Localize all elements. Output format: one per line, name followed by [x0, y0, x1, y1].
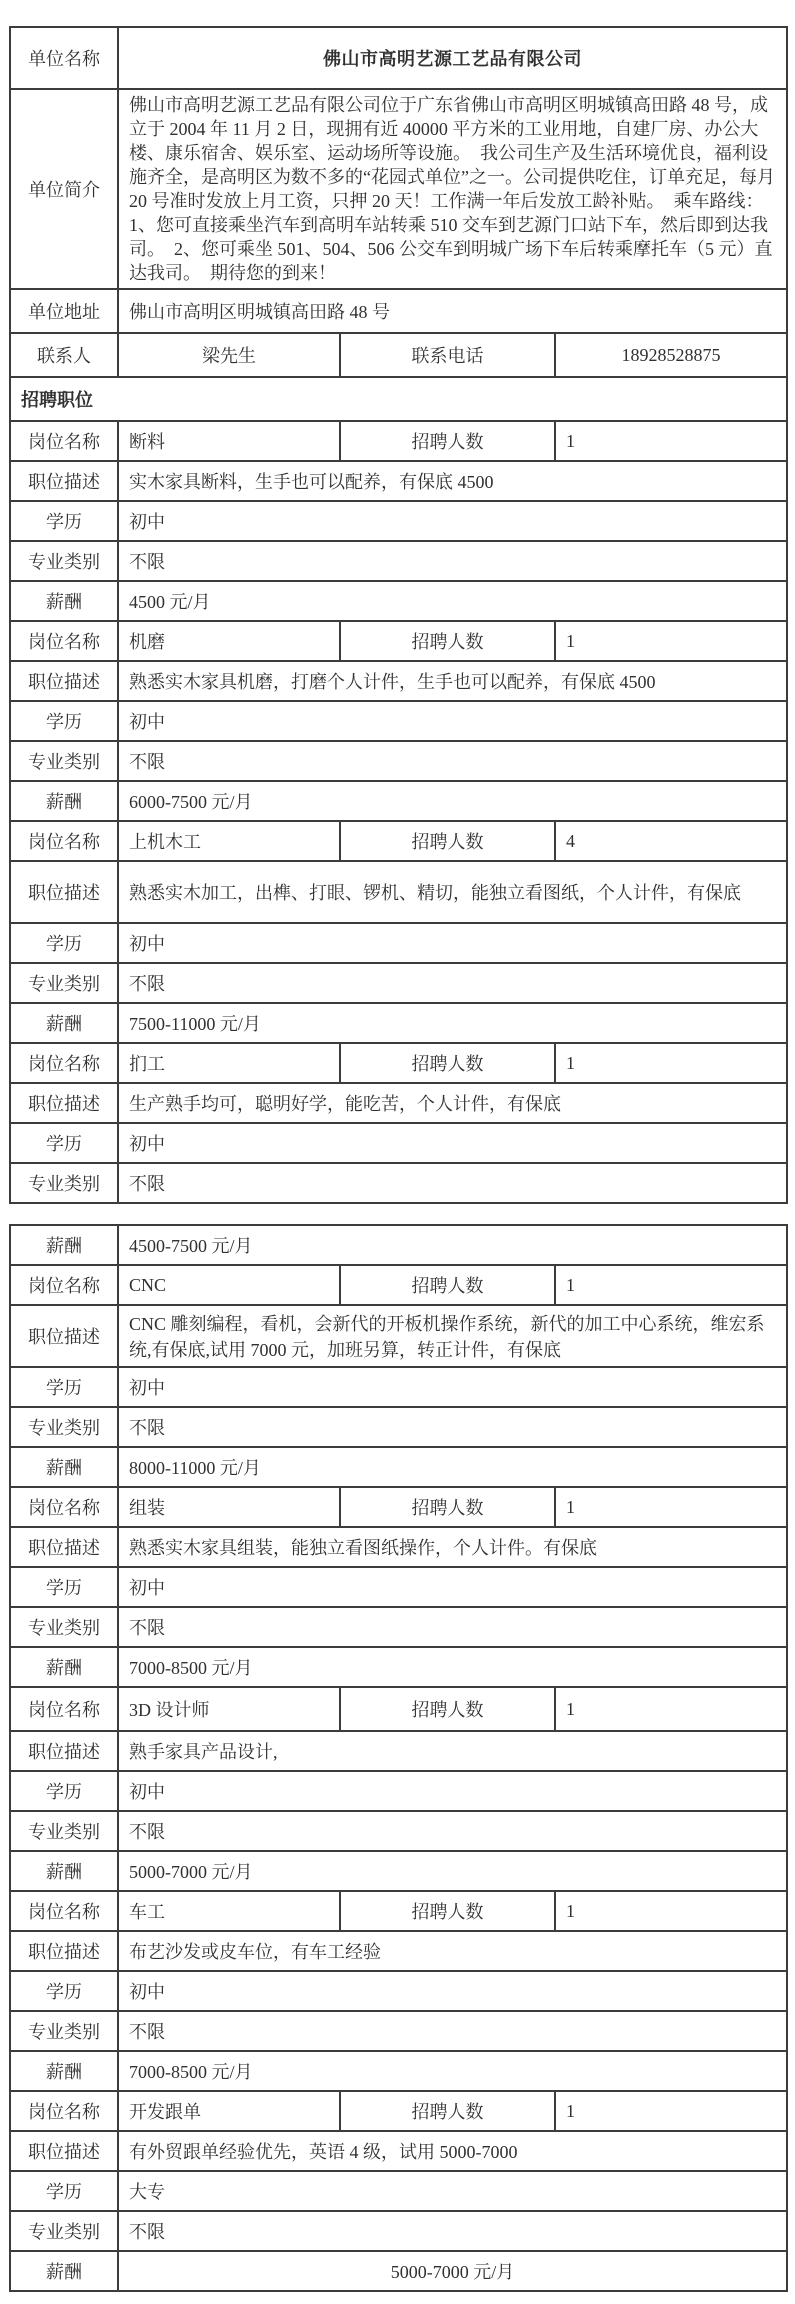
- education-value: 初中: [118, 1567, 787, 1607]
- job-salary-row: 薪酬5000-7000 元/月: [10, 1851, 787, 1891]
- job-title-row: 岗位名称CNC招聘人数1: [10, 1265, 787, 1305]
- job-desc-row: 职位描述布艺沙发或皮车位，有车工经验: [10, 1931, 787, 1971]
- job-desc-row: 职位描述熟悉实木家具组装，能独立看图纸操作，个人计件。有保底: [10, 1527, 787, 1567]
- job-title-label: 岗位名称: [10, 821, 118, 861]
- education-value: 初中: [118, 1771, 787, 1811]
- education-value: 初中: [118, 501, 787, 541]
- job-desc-row: 职位描述有外贸跟单经验优先，英语 4 级，试用 5000-7000: [10, 2131, 787, 2171]
- job-title-row: 岗位名称车工招聘人数1: [10, 1891, 787, 1931]
- company-recruit-table-page1: 单位名称 佛山市高明艺源工艺品有限公司 单位简介 佛山市高明艺源工艺品有限公司位…: [9, 26, 788, 1204]
- salary-value: 8000-11000 元/月: [118, 1447, 787, 1487]
- job-major-row: 专业类别不限: [10, 1607, 787, 1647]
- recruitment-document: { "labels": { "unit_name": "单位名称", "unit…: [0, 0, 795, 2292]
- job-desc-label: 职位描述: [10, 1731, 118, 1771]
- job-name-value: 开发跟单: [118, 2091, 340, 2131]
- job-title-label: 岗位名称: [10, 421, 118, 461]
- contact-person-value: 梁先生: [118, 333, 340, 377]
- job-salary-row: 薪酬7000-8500 元/月: [10, 1647, 787, 1687]
- contact-person-label: 联系人: [10, 333, 118, 377]
- job-desc-value: 熟悉实木家具组装，能独立看图纸操作，个人计件。有保底: [118, 1527, 787, 1567]
- salary-value: 6000-7500 元/月: [118, 781, 787, 821]
- education-label: 学历: [10, 1567, 118, 1607]
- salary-label: 薪酬: [10, 2051, 118, 2091]
- job-desc-value: CNC 雕刻编程，看机，会新代的开板机操作系统，新代的加工中心系统，维宏系统,有…: [118, 1305, 787, 1367]
- job-name-value: 车工: [118, 1891, 340, 1931]
- job-name-value: 上机木工: [118, 821, 340, 861]
- unit-intro-label: 单位简介: [10, 89, 118, 289]
- job-title-row: 岗位名称3D 设计师招聘人数1: [10, 1687, 787, 1731]
- salary-value: 5000-7000 元/月: [118, 2251, 787, 2291]
- job-title-label: 岗位名称: [10, 1043, 118, 1083]
- job-desc-row: 职位描述熟悉实木加工，出榫、打眼、锣机、精切，能独立看图纸，个人计件，有保底: [10, 861, 787, 923]
- salary-label: 薪酬: [10, 1647, 118, 1687]
- job-desc-row: 职位描述实木家具断料，生手也可以配养，有保底 4500: [10, 461, 787, 501]
- salary-label: 薪酬: [10, 1851, 118, 1891]
- major-label: 专业类别: [10, 1407, 118, 1447]
- job-salary-row: 薪酬8000-11000 元/月: [10, 1447, 787, 1487]
- headcount-label: 招聘人数: [340, 421, 555, 461]
- job-desc-label: 职位描述: [10, 861, 118, 923]
- job-desc-value: 布艺沙发或皮车位，有车工经验: [118, 1931, 787, 1971]
- job-education-row: 学历初中: [10, 1567, 787, 1607]
- headcount-value: 1: [555, 621, 787, 661]
- job-title-label: 岗位名称: [10, 1687, 118, 1731]
- job-education-row: 学历初中: [10, 1123, 787, 1163]
- job-education-row: 学历初中: [10, 701, 787, 741]
- job-major-row: 专业类别不限: [10, 963, 787, 1003]
- job-title-label: 岗位名称: [10, 2091, 118, 2131]
- contact-phone-value: 18928528875: [555, 333, 787, 377]
- job-name-value: 机磨: [118, 621, 340, 661]
- major-label: 专业类别: [10, 1607, 118, 1647]
- education-label: 学历: [10, 1367, 118, 1407]
- salary-label: 薪酬: [10, 2251, 118, 2291]
- salary-value: 4500-7500 元/月: [118, 1225, 787, 1265]
- education-label: 学历: [10, 701, 118, 741]
- job-desc-value: 有外贸跟单经验优先，英语 4 级，试用 5000-7000: [118, 2131, 787, 2171]
- headcount-label: 招聘人数: [340, 1487, 555, 1527]
- headcount-label: 招聘人数: [340, 1265, 555, 1305]
- major-label: 专业类别: [10, 2011, 118, 2051]
- unit-name-row: 单位名称 佛山市高明艺源工艺品有限公司: [10, 27, 787, 89]
- education-value: 大专: [118, 2171, 787, 2211]
- job-name-value: 断料: [118, 421, 340, 461]
- job-desc-label: 职位描述: [10, 2131, 118, 2171]
- job-education-row: 学历初中: [10, 1971, 787, 2011]
- salary-value: 4500 元/月: [118, 581, 787, 621]
- job-desc-row: 职位描述熟悉实木家具机磨，打磨个人计件，生手也可以配养，有保底 4500: [10, 661, 787, 701]
- major-value: 不限: [118, 963, 787, 1003]
- job-name-value: 3D 设计师: [118, 1687, 340, 1731]
- major-value: 不限: [118, 1607, 787, 1647]
- salary-value: 7500-11000 元/月: [118, 1003, 787, 1043]
- job-education-row: 学历初中: [10, 923, 787, 963]
- job-title-row: 岗位名称组装招聘人数1: [10, 1487, 787, 1527]
- job-title-label: 岗位名称: [10, 1487, 118, 1527]
- page-break-gap: [0, 1204, 795, 1224]
- major-label: 专业类别: [10, 741, 118, 781]
- job-salary-row: 薪酬6000-7500 元/月: [10, 781, 787, 821]
- headcount-label: 招聘人数: [340, 621, 555, 661]
- job-desc-row: 职位描述熟手家具产品设计,: [10, 1731, 787, 1771]
- headcount-value: 1: [555, 421, 787, 461]
- job-title-label: 岗位名称: [10, 1265, 118, 1305]
- job-salary-row-split: 薪酬 4500-7500 元/月: [10, 1225, 787, 1265]
- salary-label: 薪酬: [10, 1447, 118, 1487]
- headcount-label: 招聘人数: [340, 1043, 555, 1083]
- unit-intro-row: 单位简介 佛山市高明艺源工艺品有限公司位于广东省佛山市高明区明城镇高田路 48 …: [10, 89, 787, 289]
- job-name-value: CNC: [118, 1265, 340, 1305]
- unit-address-label: 单位地址: [10, 289, 118, 333]
- job-salary-row: 薪酬7500-11000 元/月: [10, 1003, 787, 1043]
- job-title-row: 岗位名称上机木工招聘人数4: [10, 821, 787, 861]
- job-title-row: 岗位名称断料招聘人数1: [10, 421, 787, 461]
- unit-name-label: 单位名称: [10, 27, 118, 89]
- job-desc-label: 职位描述: [10, 1305, 118, 1367]
- education-value: 初中: [118, 1971, 787, 2011]
- job-name-value: 扪工: [118, 1043, 340, 1083]
- job-desc-label: 职位描述: [10, 461, 118, 501]
- salary-label: 薪酬: [10, 1003, 118, 1043]
- education-value: 初中: [118, 1367, 787, 1407]
- job-title-label: 岗位名称: [10, 1891, 118, 1931]
- job-education-row: 学历初中: [10, 1367, 787, 1407]
- job-desc-value: 熟悉实木加工，出榫、打眼、锣机、精切，能独立看图纸，个人计件，有保底: [118, 861, 787, 923]
- education-label: 学历: [10, 1771, 118, 1811]
- job-desc-value: 熟手家具产品设计,: [118, 1731, 787, 1771]
- job-major-row: 专业类别不限: [10, 741, 787, 781]
- headcount-value: 1: [555, 1891, 787, 1931]
- education-value: 初中: [118, 701, 787, 741]
- education-value: 初中: [118, 923, 787, 963]
- major-value: 不限: [118, 541, 787, 581]
- salary-label: 薪酬: [10, 1225, 118, 1265]
- job-salary-row: 薪酬4500 元/月: [10, 581, 787, 621]
- major-label: 专业类别: [10, 1811, 118, 1851]
- job-desc-row: 职位描述生产熟手均可，聪明好学，能吃苦，个人计件，有保底: [10, 1083, 787, 1123]
- job-desc-label: 职位描述: [10, 661, 118, 701]
- job-title-row: 岗位名称机磨招聘人数1: [10, 621, 787, 661]
- salary-value: 7000-8500 元/月: [118, 2051, 787, 2091]
- job-name-value: 组装: [118, 1487, 340, 1527]
- education-label: 学历: [10, 1123, 118, 1163]
- headcount-value: 1: [555, 2091, 787, 2131]
- headcount-value: 4: [555, 821, 787, 861]
- job-desc-value: 熟悉实木家具机磨，打磨个人计件，生手也可以配养，有保底 4500: [118, 661, 787, 701]
- unit-address-row: 单位地址 佛山市高明区明城镇高田路 48 号: [10, 289, 787, 333]
- job-title-row: 岗位名称扪工招聘人数1: [10, 1043, 787, 1083]
- major-label: 专业类别: [10, 541, 118, 581]
- education-label: 学历: [10, 1971, 118, 2011]
- job-major-row: 专业类别不限: [10, 1163, 787, 1203]
- headcount-value: 1: [555, 1487, 787, 1527]
- recruit-section-title: 招聘职位: [10, 377, 787, 421]
- job-major-row: 专业类别不限: [10, 1407, 787, 1447]
- job-major-row: 专业类别不限: [10, 541, 787, 581]
- job-desc-value: 实木家具断料，生手也可以配养，有保底 4500: [118, 461, 787, 501]
- job-salary-row: 薪酬5000-7000 元/月: [10, 2251, 787, 2291]
- education-label: 学历: [10, 2171, 118, 2211]
- job-desc-row: 职位描述CNC 雕刻编程，看机，会新代的开板机操作系统，新代的加工中心系统，维宏…: [10, 1305, 787, 1367]
- major-label: 专业类别: [10, 2211, 118, 2251]
- education-label: 学历: [10, 501, 118, 541]
- major-value: 不限: [118, 2211, 787, 2251]
- salary-label: 薪酬: [10, 781, 118, 821]
- major-label: 专业类别: [10, 963, 118, 1003]
- job-salary-row: 薪酬7000-8500 元/月: [10, 2051, 787, 2091]
- major-value: 不限: [118, 1407, 787, 1447]
- major-label: 专业类别: [10, 1163, 118, 1203]
- company-intro: 佛山市高明艺源工艺品有限公司位于广东省佛山市高明区明城镇高田路 48 号，成立于…: [118, 89, 787, 289]
- job-education-row: 学历初中: [10, 1771, 787, 1811]
- headcount-label: 招聘人数: [340, 1891, 555, 1931]
- job-major-row: 专业类别不限: [10, 1811, 787, 1851]
- job-desc-label: 职位描述: [10, 1527, 118, 1567]
- job-desc-value: 生产熟手均可，聪明好学，能吃苦，个人计件，有保底: [118, 1083, 787, 1123]
- headcount-value: 1: [555, 1265, 787, 1305]
- major-value: 不限: [118, 2011, 787, 2051]
- salary-value: 7000-8500 元/月: [118, 1647, 787, 1687]
- salary-value: 5000-7000 元/月: [118, 1851, 787, 1891]
- company-name: 佛山市高明艺源工艺品有限公司: [118, 27, 787, 89]
- salary-label: 薪酬: [10, 581, 118, 621]
- education-label: 学历: [10, 923, 118, 963]
- job-education-row: 学历大专: [10, 2171, 787, 2211]
- headcount-label: 招聘人数: [340, 821, 555, 861]
- job-title-row: 岗位名称开发跟单招聘人数1: [10, 2091, 787, 2131]
- contact-phone-label: 联系电话: [340, 333, 555, 377]
- job-desc-label: 职位描述: [10, 1083, 118, 1123]
- headcount-value: 1: [555, 1043, 787, 1083]
- major-value: 不限: [118, 1811, 787, 1851]
- headcount-label: 招聘人数: [340, 2091, 555, 2131]
- major-value: 不限: [118, 741, 787, 781]
- job-title-label: 岗位名称: [10, 621, 118, 661]
- job-major-row: 专业类别不限: [10, 2011, 787, 2051]
- company-recruit-table-page2: 薪酬 4500-7500 元/月 岗位名称CNC招聘人数1职位描述CNC 雕刻编…: [9, 1224, 788, 2292]
- contact-row: 联系人 梁先生 联系电话 18928528875: [10, 333, 787, 377]
- major-value: 不限: [118, 1163, 787, 1203]
- education-value: 初中: [118, 1123, 787, 1163]
- headcount-label: 招聘人数: [340, 1687, 555, 1731]
- job-desc-label: 职位描述: [10, 1931, 118, 1971]
- company-address: 佛山市高明区明城镇高田路 48 号: [118, 289, 787, 333]
- job-education-row: 学历初中: [10, 501, 787, 541]
- headcount-value: 1: [555, 1687, 787, 1731]
- recruit-section-row: 招聘职位: [10, 377, 787, 421]
- job-major-row: 专业类别不限: [10, 2211, 787, 2251]
